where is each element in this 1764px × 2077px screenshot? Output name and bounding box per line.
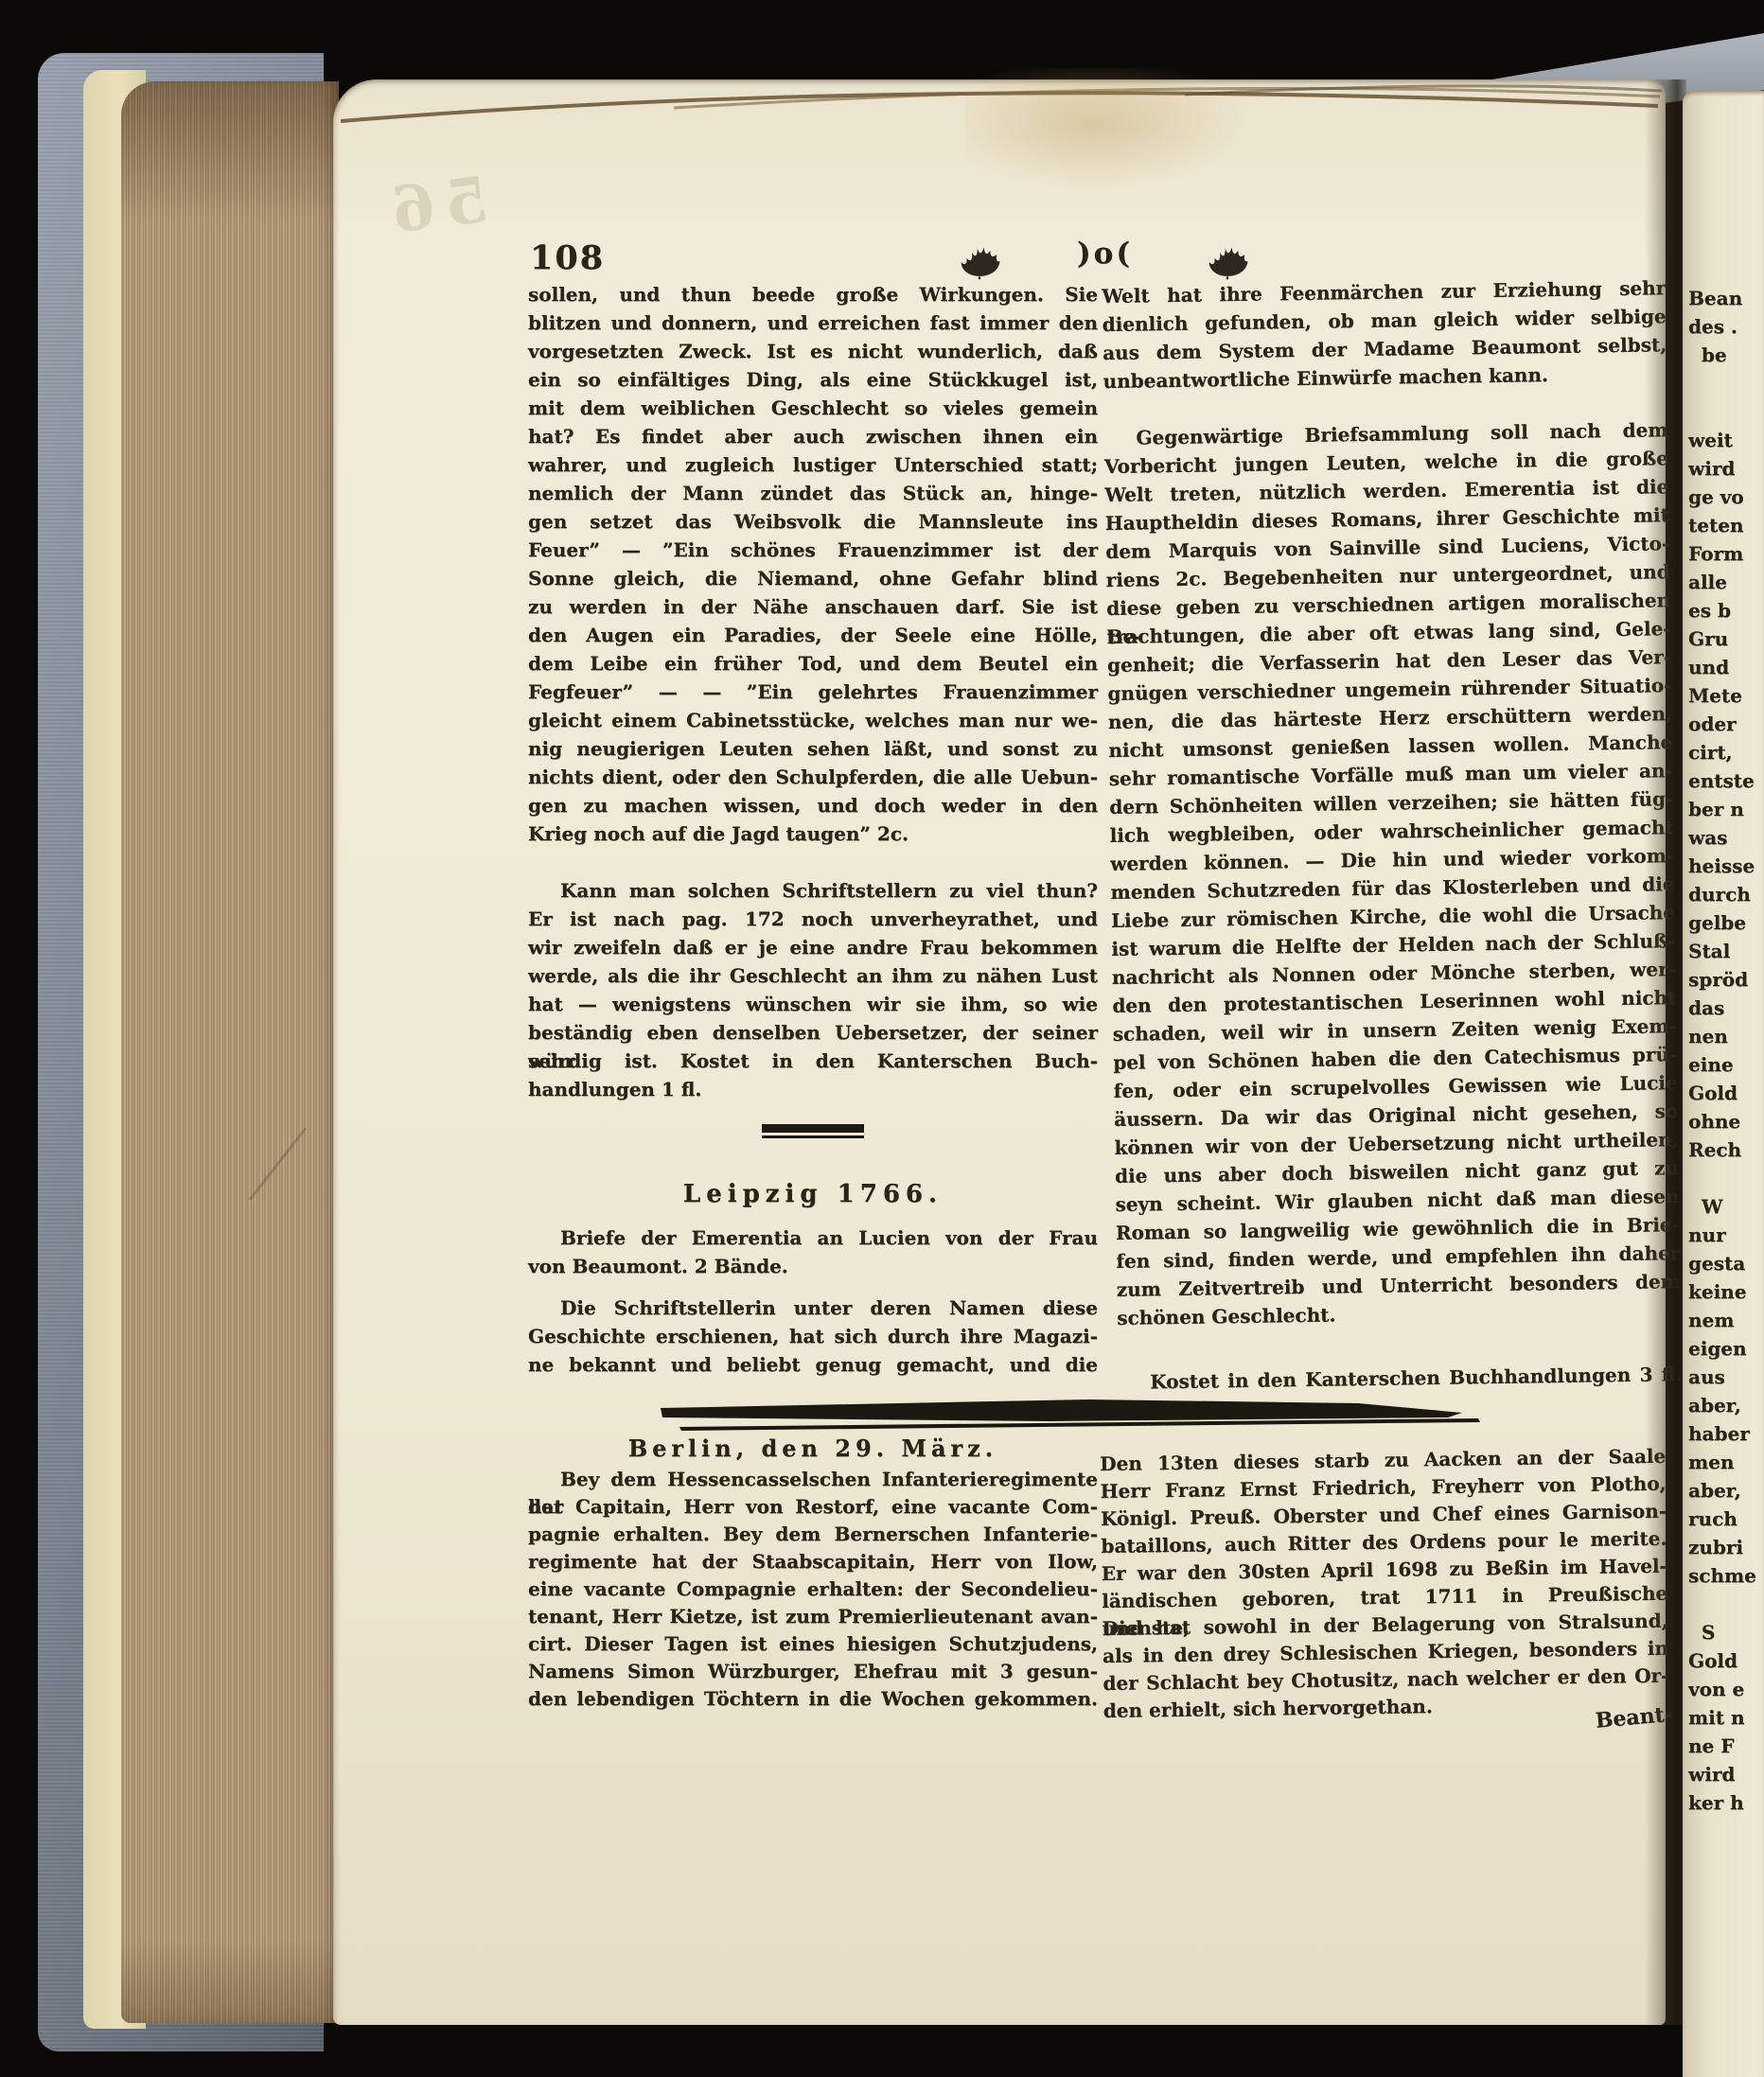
text-line: gesta	[1688, 1249, 1764, 1277]
gutter-shadow	[1645, 79, 1686, 2025]
text-line: keine	[1688, 1277, 1764, 1306]
text-line: Krieg noch auf die Jagd taugen” 2c.	[528, 819, 1098, 848]
bleed-through-numerals: 56	[379, 162, 493, 248]
right-column: Welt hat ihre Feenmärchen zur Erziehung …	[1102, 273, 1682, 1397]
text-line: tenant, Herr Kietze, ist zum Premierlieu…	[528, 1603, 1098, 1630]
text-line: handlungen 1 fl.	[528, 1075, 1098, 1103]
text-line: mit n	[1688, 1703, 1764, 1732]
paper-stain	[965, 68, 1249, 191]
text-line: Form	[1688, 539, 1764, 568]
text-line: wahrer, und zugleich lustiger Unterschie…	[528, 450, 1098, 479]
text-line: von e	[1688, 1675, 1764, 1703]
text-line: nig neugierigen Leuten sehen läßt, und s…	[528, 734, 1098, 763]
text-line: Gru	[1688, 625, 1764, 653]
text-line: würdig ist. Kostet in den Kanterschen Bu…	[528, 1047, 1098, 1075]
review-continuation: Welt hat ihre Feenmärchen zur Erziehung …	[1102, 273, 1667, 396]
text-line: den Augen ein Paradies, der Seele eine H…	[528, 621, 1098, 649]
shell-ornament-left-icon	[956, 240, 1003, 282]
text-line: S	[1688, 1618, 1764, 1646]
text-line: Bean	[1688, 284, 1764, 312]
text-line: ein so einfältiges Ding, als eine Stückk…	[528, 365, 1098, 394]
text-line: zubri	[1688, 1533, 1764, 1561]
text-line: cirt. Dieser Tagen ist eines hiesigen Sc…	[528, 1630, 1098, 1658]
section-heading: Leipzig 1766.	[528, 1176, 1098, 1212]
text-line: werde, als die ihr Geschlecht an ihm zu …	[528, 961, 1098, 990]
text-line: vorgesetzten Zweck. Ist es nicht wunderl…	[528, 337, 1098, 365]
text-line: beständig eben denselben Uebersetzer, de…	[528, 1018, 1098, 1047]
text-line: oder	[1688, 710, 1764, 738]
text-line: dem Leibe ein früher Tod, und dem Beutel…	[528, 649, 1098, 678]
text-line: nemlich der Mann zündet das Stück an, hi…	[528, 479, 1098, 507]
news-left-column: Bey dem Hessencasselschen Infanterieregi…	[528, 1466, 1098, 1713]
scanned-book-page: 56 108 )o( sollen, und thun beede große …	[0, 0, 1764, 2077]
text-line	[1688, 1590, 1764, 1618]
text-line: wird	[1688, 1760, 1764, 1788]
next-page-text-fragments: Beandes . beweitwirdge votetenFormallees…	[1688, 284, 1764, 1836]
text-line: regimente hat der Staabscapitain, Herr v…	[528, 1548, 1098, 1575]
text-line: nur	[1688, 1221, 1764, 1249]
text-line: zu werden in der Nähe anschauen darf. Si…	[528, 592, 1098, 621]
text-line: von Beaumont. 2 Bände.	[528, 1252, 1098, 1280]
text-line: spröd	[1688, 965, 1764, 994]
text-line: ber n	[1688, 795, 1764, 823]
text-line: aus	[1688, 1363, 1764, 1391]
text-line: Rech	[1688, 1135, 1764, 1164]
text-line: blitzen und donnern, und erreichen fast …	[528, 308, 1098, 337]
text-line: Kann man solchen Schriftstellern zu viel…	[528, 876, 1098, 905]
text-line: und	[1688, 653, 1764, 681]
text-line: gen zu machen wissen, und doch weder in …	[528, 791, 1098, 819]
text-line: aber,	[1688, 1476, 1764, 1505]
text-line: be	[1688, 341, 1764, 369]
text-line: W	[1688, 1192, 1764, 1221]
text-line: alle	[1688, 568, 1764, 596]
text-line: es b	[1688, 596, 1764, 625]
book-title-block: Briefe der Emerentia an Lucien von der F…	[528, 1223, 1098, 1280]
section-paragraph: Die Schriftstellerin unter deren Namen d…	[528, 1294, 1098, 1379]
text-line: men	[1688, 1448, 1764, 1476]
text-line: cirt,	[1688, 738, 1764, 766]
text-line: Sonne gleich, die Niemand, ohne Gefahr b…	[528, 564, 1098, 592]
text-line: eine	[1688, 1050, 1764, 1079]
text-line: sollen, und thun beede große Wirkungen. …	[528, 280, 1098, 308]
review-paragraph-continuation: sollen, und thun beede große Wirkungen. …	[528, 280, 1098, 848]
text-line	[1688, 1164, 1764, 1192]
text-line: Gold	[1688, 1079, 1764, 1107]
text-line: Er ist nach pag. 172 noch unverheyrathet…	[528, 905, 1098, 933]
text-line: mit dem weiblichen Geschlecht so vieles …	[528, 394, 1098, 422]
text-line: was	[1688, 823, 1764, 852]
text-line: Namens Simon Würzburger, Ehefrau mit 3 g…	[528, 1658, 1098, 1685]
text-line: heisse	[1688, 852, 1764, 880]
text-line: haber	[1688, 1419, 1764, 1448]
text-line: den lebendigen Töchtern in die Wochen ge…	[528, 1685, 1098, 1713]
news-right-column: Den 13ten dieses starb zu Aacken an der …	[1100, 1443, 1669, 1725]
text-line: weit	[1688, 426, 1764, 454]
text-line	[1688, 397, 1764, 426]
text-line: entste	[1688, 766, 1764, 795]
header-separator: )o(	[1077, 237, 1133, 271]
text-line: hat — wenigstens wünschen wir sie ihm, s…	[528, 990, 1098, 1018]
text-line: gen setzet das Weibsvolk die Mannsleute …	[528, 507, 1098, 536]
text-line: der Capitain, Herr von Restorf, eine vac…	[528, 1493, 1098, 1521]
text-line: Gold	[1688, 1646, 1764, 1675]
text-line: schme	[1688, 1561, 1764, 1590]
text-line: Mete	[1688, 681, 1764, 710]
text-line: Geschichte erschienen, hat sich durch ih…	[528, 1322, 1098, 1350]
text-line: ge vo	[1688, 483, 1764, 511]
shell-ornament-right-icon	[1204, 240, 1251, 282]
text-line: ohne	[1688, 1107, 1764, 1135]
text-line: nem	[1688, 1306, 1764, 1334]
text-line: ruch	[1688, 1505, 1764, 1533]
text-line: gleicht einem Cabinetsstücke, welches ma…	[528, 706, 1098, 734]
text-line	[1688, 369, 1764, 397]
text-line: ne F	[1688, 1732, 1764, 1760]
text-line: Stal	[1688, 937, 1764, 965]
text-line: Bey dem Hessencasselschen Infanterieregi…	[528, 1466, 1098, 1493]
text-line: durch	[1688, 880, 1764, 908]
review-paragraph-2: Kann man solchen Schriftstellern zu viel…	[528, 876, 1098, 1103]
page-number: 108	[530, 238, 605, 277]
text-line: pagnie erhalten. Bey dem Bernerschen Inf…	[528, 1521, 1098, 1548]
text-line: wird	[1688, 454, 1764, 483]
text-line: nen	[1688, 1022, 1764, 1050]
text-line: Briefe der Emerentia an Lucien von der F…	[528, 1223, 1098, 1252]
page-edge-stack	[121, 81, 339, 2023]
text-line: wir zweifeln daß er je eine andre Frau b…	[528, 933, 1098, 961]
text-line: Die Schriftstellerin unter deren Namen d…	[528, 1294, 1098, 1322]
text-line: des .	[1688, 312, 1764, 341]
text-line: Fegfeuer” — — ”Ein gelehrtes Frauenzimme…	[528, 678, 1098, 706]
text-line: hat? Es findet aber auch zwischen ihnen …	[528, 422, 1098, 450]
text-line: teten	[1688, 511, 1764, 539]
text-line: nichts dient, oder den Schulpferden, die…	[528, 763, 1098, 791]
text-line: aber,	[1688, 1391, 1764, 1419]
left-column: sollen, und thun beede große Wirkungen. …	[528, 280, 1098, 1379]
text-line: eigen	[1688, 1334, 1764, 1363]
double-rule-separator	[762, 1124, 864, 1138]
text-line: ne bekannt und beliebt genug gemacht, un…	[528, 1350, 1098, 1379]
news-heading: Berlin, den 29. März.	[528, 1433, 1098, 1465]
text-line: gelbe	[1688, 908, 1764, 937]
text-line: das	[1688, 994, 1764, 1022]
review-paragraph: Gegenwärtige Briefsammlung soll nach dem…	[1103, 415, 1681, 1332]
text-line: eine vacante Compagnie erhalten: der Sec…	[528, 1575, 1098, 1603]
text-line: Feuer” — ”Ein schönes Frauenzimmer ist d…	[528, 536, 1098, 564]
text-line: ker h	[1688, 1788, 1764, 1817]
